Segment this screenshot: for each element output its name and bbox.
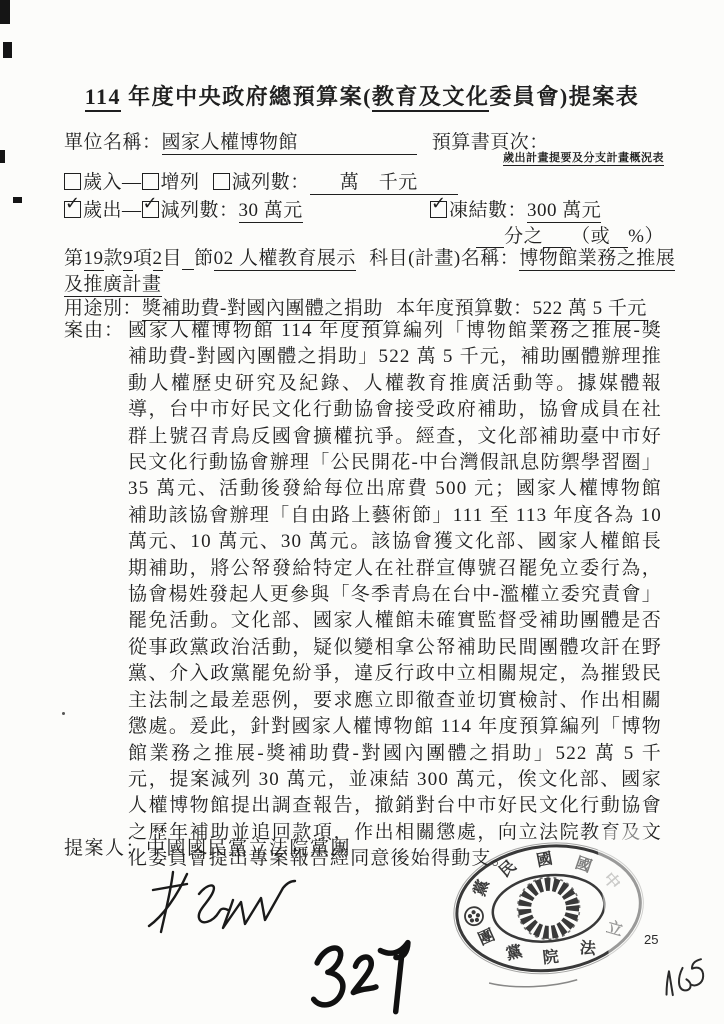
svg-text:院: 院: [542, 947, 560, 968]
svg-text:民: 民: [496, 857, 520, 881]
handwritten-number-165: [652, 954, 717, 1010]
scan-artifact: [0, 0, 10, 24]
dash: —: [122, 172, 142, 193]
svg-text:團: 團: [475, 925, 497, 949]
freeze-label: 凍結數：: [449, 200, 527, 221]
budget-amount-label: 本年度預算數：: [396, 298, 533, 319]
budget-page-note: 歲出計畫提要及分支計畫概況表: [0, 149, 664, 165]
handwritten-number-327: [297, 926, 423, 1022]
usage-row: 用途別：獎補助費-對國內團體之捐助 本年度預算數：522 萬 5 千元: [64, 293, 647, 320]
revenue-row: 歲入—增列 減列數：萬 千元: [64, 167, 458, 195]
item-kuan-suffix: 款: [104, 248, 124, 269]
freeze-value: 300 萬元: [527, 200, 601, 223]
expense-reduce-value: 30 萬元: [239, 200, 303, 223]
item-xiang-suffix: 項: [133, 248, 153, 269]
subject-label: 科目(計畫)名稱：: [369, 248, 519, 269]
svg-text:黨: 黨: [469, 877, 492, 898]
checkbox-checked-icon: ✓: [64, 201, 81, 218]
checkbox-checked-icon: ✓: [142, 201, 159, 218]
item-kuan-label: 第: [64, 248, 84, 269]
case-section: 案由： 國家人權博物館 114 年度預算編列「博物館業務之推展-獎補助費-對國內…: [64, 318, 662, 873]
expense-row: ✓歲出—✓減列數：30 萬元: [64, 195, 303, 222]
freeze-group: ✓凍結數：300 萬元: [430, 195, 601, 222]
item-xiang-value: 9: [123, 248, 133, 271]
item-jie-blank: [182, 251, 194, 270]
party-caucus-stamp: 黨 民 國 國 中 團 黨 院 法 立: [445, 826, 660, 998]
item-row: 第19款9項2目節02 人權教育展示 科目(計畫)名稱：博物館業務之推展: [64, 243, 675, 270]
checkbox-empty-icon: [213, 173, 230, 190]
item-mu-value: 2: [153, 248, 163, 271]
subject-value: 博物館業務之推展: [519, 248, 675, 271]
reduce-label: 減列數：: [232, 172, 310, 193]
item-jie-suffix: 節: [194, 248, 214, 269]
expense-label: 歲出: [83, 200, 122, 221]
document-title: 114 年度中央政府總預算案(教育及文化委員會)提案表: [0, 80, 724, 111]
checkbox-empty-icon: [64, 173, 81, 190]
svg-text:法: 法: [579, 939, 597, 958]
checkbox-empty-icon: [142, 173, 159, 190]
scanned-budget-proposal-document: 114 年度中央政府總預算案(教育及文化委員會)提案表 單位名稱：國家人權博物館…: [0, 0, 724, 1024]
title-committee: 教育及文化: [372, 84, 490, 112]
page-number: 25: [644, 932, 658, 947]
proposer-value: 中國國民黨立法院黨團: [146, 838, 351, 859]
expense-reduce-label: 減列數：: [161, 200, 239, 221]
reduce-amount-blank: 萬 千元: [310, 167, 458, 195]
dash: —: [122, 200, 142, 221]
plum-blossom-emblem-icon: [467, 909, 480, 922]
case-text: 國家人權博物館 114 年度預算編列「博物館業務之推展-獎補助費-對國內團體之捐…: [128, 318, 662, 873]
signature: [143, 866, 313, 941]
add-label: 增列: [161, 172, 200, 193]
item-kuan-value: 19: [84, 248, 104, 271]
svg-text:國: 國: [535, 848, 554, 870]
title-text-c: 委員會)提案表: [489, 84, 639, 109]
proposer-label: 提案人：: [64, 838, 146, 859]
usage-label: 用途別：: [64, 298, 142, 319]
revenue-label: 歲入: [83, 172, 122, 193]
case-label: 案由：: [64, 318, 128, 344]
checkbox-checked-icon: ✓: [430, 201, 447, 218]
scan-artifact: [13, 197, 22, 203]
title-text-a: 年度中央政府總預算案(: [121, 84, 372, 109]
scan-artifact: [3, 42, 12, 58]
svg-text:國: 國: [573, 853, 594, 876]
proposer-row: 提案人：中國國民黨立法院黨團: [64, 833, 351, 860]
item-mu-suffix: 目: [163, 248, 183, 269]
item-row-continuation: 及推廣計畫: [64, 269, 162, 296]
item-jie-value: 02 人權教育展示: [214, 248, 356, 271]
svg-text:黨: 黨: [504, 941, 524, 963]
title-year: 114: [85, 84, 121, 112]
